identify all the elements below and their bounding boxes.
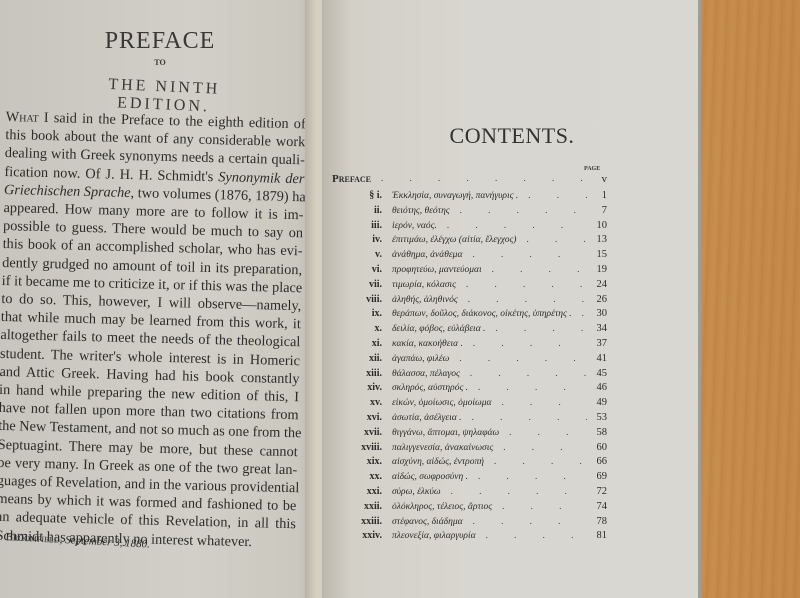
toc-greek-terms: ἐπιτιμάω, ἐλέγχω (αἰτία, ἔλεγχος) — [392, 235, 516, 245]
leader-dots: . . . . . . . . . . . . . . . . — [468, 382, 587, 392]
leader-dots: . . . . . . . . . . . . . . . . — [516, 234, 587, 244]
toc-section-number: vii. — [330, 279, 392, 290]
toc-page-number: 7 — [587, 205, 607, 216]
toc-greek-terms: θειότης, θεότης — [392, 206, 450, 216]
toc-row: xii.ἀγαπάω, φιλέω. . . . . . . . . . . .… — [330, 353, 607, 368]
toc-page-number: 34 — [587, 323, 607, 334]
toc-greek-terms: δειλία, φόβος, εὐλάβεια . — [392, 324, 485, 334]
toc-section-number: xxii. — [330, 501, 392, 512]
toc-section-number: xxiii. — [330, 516, 392, 527]
toc-row: vii.τιμωρία, κόλασις. . . . . . . . . . … — [330, 279, 607, 294]
toc-row: xviii.παλιγγενεσία, ἀνακαίνωσις. . . . .… — [330, 442, 607, 457]
toc-row: viii.ἀληθής, ἀληθινός. . . . . . . . . .… — [330, 294, 607, 309]
toc-greek-terms: Ἐκκλησία, συναγωγή, πανήγυρις . — [392, 191, 518, 201]
toc-preface-page: v — [589, 173, 607, 185]
toc-row: xv.εἰκών, ὁμοίωσις, ὁμοίωμα. . . . . . .… — [330, 397, 607, 412]
toc-row: x.δειλία, φόβος, εὐλάβεια .. . . . . . .… — [330, 323, 607, 338]
toc-page-number: 26 — [587, 294, 607, 305]
toc-section-number: x. — [330, 323, 392, 334]
right-page-contents: CONTENTS. PAGE Preface . . . . . . . . .… — [322, 0, 700, 598]
leader-dots: . . . . . . . . . . . . . . . . — [485, 323, 587, 333]
toc-page-number: 74 — [587, 501, 607, 512]
toc-page-number: 24 — [587, 279, 607, 290]
toc-row: ix.θεράπων, δοῦλος, διάκονος, οἰκέτης, ὑ… — [330, 308, 607, 323]
toc-section-number: v. — [330, 249, 392, 260]
toc-row: v.ἀνάθημα, ἀνάθεμα. . . . . . . . . . . … — [330, 249, 607, 264]
toc-page-number: 66 — [587, 456, 607, 467]
toc-page-number: 15 — [587, 249, 607, 260]
leader-dots: . . . . . . . . . . . . . . . . — [491, 397, 587, 407]
toc-row: vi.προφητεύω, μαντεύομαι. . . . . . . . … — [330, 264, 607, 279]
preface-to: TO — [145, 58, 175, 67]
toc-page-number: 69 — [587, 471, 607, 482]
toc-greek-terms: ἀληθής, ἀληθινός — [392, 295, 458, 305]
leader-dots: . . . . . . . . . . . . . . . . — [492, 501, 587, 511]
leader-dots: . . . . . . . . . . . . . . . . — [437, 220, 587, 230]
preface-title: PREFACE — [85, 28, 235, 55]
toc-page-number: 81 — [587, 530, 607, 541]
toc-page-number: 30 — [587, 308, 607, 319]
toc-section-number: ii. — [330, 205, 392, 216]
toc-section-number: xxi. — [330, 486, 392, 497]
toc-row: xxi.σύρω, ἑλκύω. . . . . . . . . . . . .… — [330, 486, 607, 501]
toc-section-number: § i. — [330, 190, 392, 201]
toc-row: iii.ἱερόν, ναός.. . . . . . . . . . . . … — [330, 220, 607, 235]
toc-greek-terms: αἰδώς, σωφροσύνη . — [392, 472, 468, 482]
toc-section-number: iv. — [330, 234, 392, 245]
leader-dots: . . . . . . . . . . . . . . . . — [441, 486, 587, 496]
toc-preface-label: Preface — [332, 173, 371, 185]
toc-row: xxii.ὁλόκληρος, τέλειος, ἄρτιος. . . . .… — [330, 501, 607, 516]
toc-section-number: ix. — [330, 308, 392, 319]
toc-row: xvi.ἀσωτία, ἀσέλγεια .. . . . . . . . . … — [330, 412, 607, 427]
toc-section-number: xii. — [330, 353, 392, 364]
toc-greek-terms: κακία, κακοήθεια . — [392, 339, 463, 349]
leader-dots: . . . . . . . . . . . . . . . . — [463, 516, 587, 526]
toc-greek-terms: προφητεύω, μαντεύομαι — [392, 265, 482, 275]
toc-greek-terms: πλεονεξία, φιλαργυρία — [392, 531, 476, 541]
toc-greek-terms: ὁλόκληρος, τέλειος, ἄρτιος — [392, 502, 492, 512]
toc-section-number: xix. — [330, 456, 392, 467]
leader-dots: . . . . . . . . . . . . . . . . — [449, 353, 587, 363]
leader-dots: . . . . . . . . . . . . . . . . — [468, 471, 587, 481]
leader-dots: . . . . . . . . . . . . . . . . — [460, 368, 587, 378]
toc-row: xiii.θάλασσα, πέλαγος. . . . . . . . . .… — [330, 368, 607, 383]
leader-dots: . . . . . . . . . . . . . . . . — [456, 279, 587, 289]
toc-page-number: 46 — [587, 382, 607, 393]
contents-title: CONTENTS. — [422, 123, 602, 149]
toc-greek-terms: στέφανος, διάδημα — [392, 517, 463, 527]
toc-row: iv.ἐπιτιμάω, ἐλέγχω (αἰτία, ἔλεγχος). . … — [330, 234, 607, 249]
toc-page-number: 37 — [587, 338, 607, 349]
leader-dots: . . . . . . . . . . . . . . . . — [450, 205, 587, 215]
toc-page-number: 78 — [587, 516, 607, 527]
toc-page-number: 41 — [587, 353, 607, 364]
leader-dots: . . . . . . . . . . . . . . . . — [482, 264, 587, 274]
toc-section-number: xvi. — [330, 412, 392, 423]
toc-section-number: xv. — [330, 397, 392, 408]
toc-section-number: iii. — [330, 220, 392, 231]
toc-section-number: viii. — [330, 294, 392, 305]
toc-page-number: 53 — [587, 412, 607, 423]
page-edge — [698, 0, 701, 598]
toc-greek-terms: θεράπων, δοῦλος, διάκονος, οἰκέτης, ὑπηρ… — [392, 309, 572, 319]
toc-section-number: xiii. — [330, 368, 392, 379]
leader-dots: . . . . . . . . . . . . . . . . — [518, 190, 587, 200]
toc-page-number: 13 — [587, 234, 607, 245]
toc-greek-terms: σκληρός, αὐστηρός . — [392, 383, 468, 393]
toc-greek-terms: ἱερόν, ναός. — [392, 221, 437, 231]
leader-dots: . . . . . . . . . . . . . . . . — [458, 294, 587, 304]
leader-dots: . . . . . . . . . . . . . . . . . . — [371, 173, 589, 185]
toc-greek-terms: ἀγαπάω, φιλέω — [392, 354, 449, 364]
toc-page-number: 1 — [587, 190, 607, 201]
leader-dots: . . . . . . . . . . . . . . . . — [463, 338, 587, 348]
toc-row: xx.αἰδώς, σωφροσύνη .. . . . . . . . . .… — [330, 471, 607, 486]
toc-section-number: xi. — [330, 338, 392, 349]
preface-body-text: What I said in the Preface to the eighth… — [0, 108, 306, 552]
toc-page-number: 10 — [587, 220, 607, 231]
toc-section-number: xvii. — [330, 427, 392, 438]
toc-row: xvii.θιγγάνω, ἅπτομαι, ψηλαφάω. . . . . … — [330, 427, 607, 442]
toc-page-number: 58 — [587, 427, 607, 438]
toc-row: ii.θειότης, θεότης. . . . . . . . . . . … — [330, 205, 607, 220]
toc-section-number: xviii. — [330, 442, 392, 453]
toc-greek-terms: ἀσωτία, ἀσέλγεια . — [392, 413, 462, 423]
leader-dots: . . . . . . . . . . . . . . . . — [476, 530, 587, 540]
leader-dots: . . . . . . . . . . . . . . . . — [493, 442, 587, 452]
toc-page-number: 60 — [587, 442, 607, 453]
leader-dots: . . . . . . . . . . . . . . . . — [499, 427, 587, 437]
leader-dots: . . . . . . . . . . . . . . . . — [484, 456, 587, 466]
leader-dots: . . . . . . . . . . . . . . . . — [462, 412, 587, 422]
toc-preface-entry: Preface . . . . . . . . . . . . . . . . … — [332, 173, 607, 185]
toc-greek-terms: θιγγάνω, ἅπτομαι, ψηλαφάω — [392, 428, 499, 438]
toc-greek-terms: αἰσχύνη, αἰδώς, ἐντροπή — [392, 457, 484, 467]
toc-greek-terms: ἀνάθημα, ἀνάθεμα — [392, 250, 462, 260]
left-page-preface: PREFACE TO THE NINTH EDITION. What I sai… — [0, 0, 322, 598]
toc-page-number: 19 — [587, 264, 607, 275]
toc-row: xi.κακία, κακοήθεια .. . . . . . . . . .… — [330, 338, 607, 353]
toc-greek-terms: σύρω, ἑλκύω — [392, 487, 441, 497]
toc-row: xxiv.πλεονεξία, φιλαργυρία. . . . . . . … — [330, 530, 607, 545]
toc-greek-terms: παλιγγενεσία, ἀνακαίνωσις — [392, 443, 493, 453]
toc-page-number: 49 — [587, 397, 607, 408]
toc-section-number: xxiv. — [330, 530, 392, 541]
toc-row: xix.αἰσχύνη, αἰδώς, ἐντροπή. . . . . . .… — [330, 456, 607, 471]
toc-greek-terms: τιμωρία, κόλασις — [392, 280, 456, 290]
page-column-label: PAGE — [584, 166, 600, 172]
leader-dots: . . . . . . . . . . . . . . . . — [462, 249, 587, 259]
toc-section-number: xiv. — [330, 382, 392, 393]
toc-page-number: 45 — [587, 368, 607, 379]
toc-row: xiv.σκληρός, αὐστηρός .. . . . . . . . .… — [330, 382, 607, 397]
toc-section-number: vi. — [330, 264, 392, 275]
leader-dots: . . . . . . . . . . . . . . . . — [572, 308, 587, 318]
toc-row: § i.Ἐκκλησία, συναγωγή, πανήγυρις .. . .… — [330, 190, 607, 205]
toc-section-number: xx. — [330, 471, 392, 482]
toc-page-number: 72 — [587, 486, 607, 497]
toc-list: § i.Ἐκκλησία, συναγωγή, πανήγυρις .. . .… — [330, 190, 607, 545]
toc-greek-terms: θάλασσα, πέλαγος — [392, 369, 460, 379]
toc-greek-terms: εἰκών, ὁμοίωσις, ὁμοίωμα — [392, 398, 491, 408]
toc-row: xxiii.στέφανος, διάδημα. . . . . . . . .… — [330, 516, 607, 531]
